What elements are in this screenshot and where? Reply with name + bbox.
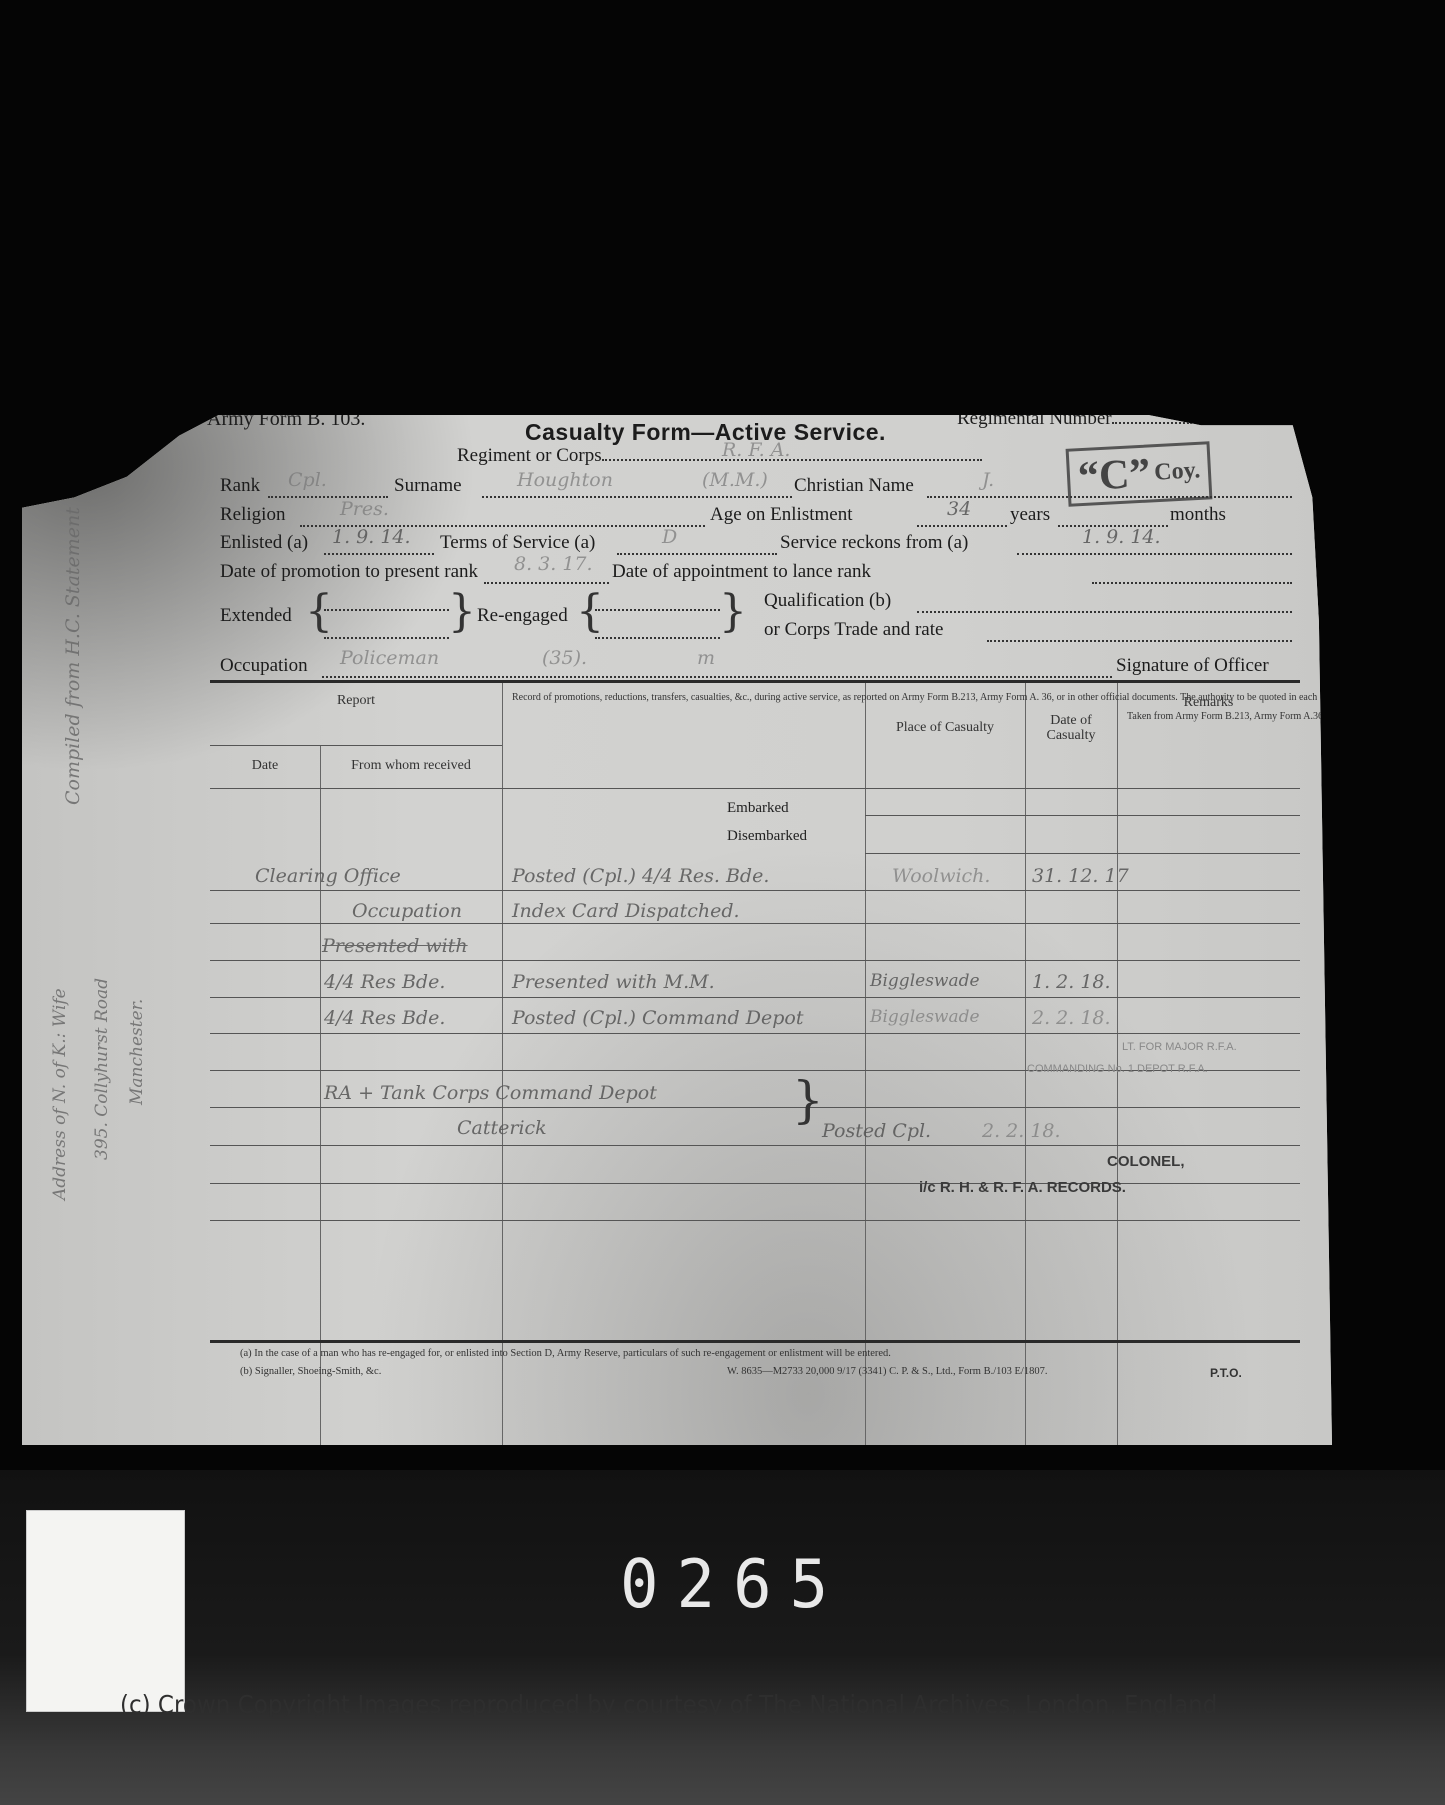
lance-rank-label: Date of appointment to lance rank — [612, 561, 871, 583]
form-code: Army Form B. 103. — [207, 408, 365, 431]
row-rule — [210, 1107, 1300, 1108]
frame-number: 0265 — [620, 1546, 820, 1624]
re-engaged-right-brace: } — [719, 590, 747, 634]
occupation-label: Occupation — [220, 655, 308, 677]
row2-from: Occupation — [352, 900, 462, 922]
blank-film-card — [26, 1510, 185, 1712]
report-subheader-rule — [210, 745, 502, 746]
disembarked-label: Disembarked — [727, 828, 807, 845]
col-divider-from — [502, 683, 503, 1545]
margin-note-address-3: Manchester. — [127, 999, 147, 1105]
col-divider-record — [865, 683, 866, 1545]
age-value: 34 — [947, 498, 971, 520]
service-reckons-label: Service reckons from (a) — [780, 532, 968, 554]
form-title: Casualty Form—Active Service. — [525, 419, 886, 446]
from-whom-header: From whom received — [320, 758, 502, 773]
regiment-field: Regiment or Corps — [457, 445, 982, 467]
footnote-a: (a) In the case of a man who has re-enga… — [240, 1348, 891, 1359]
table-header-rule — [210, 788, 1300, 789]
place-of-casualty-header: Place of Casualty — [865, 720, 1025, 735]
report-header: Report — [210, 693, 502, 708]
regiment-label: Regiment or Corps — [457, 445, 602, 466]
casualty-form-document: Army Form B. 103. Regimental Number Casu… — [22, 415, 1332, 1445]
row-rule — [210, 1033, 1300, 1034]
row-rule — [210, 890, 1300, 891]
row4-date-casualty: 1. 2. 18. — [1032, 971, 1111, 993]
remarks-subheader: Taken from Army Form B.213, Army Form A.… — [1127, 712, 1292, 723]
film-strip-footer — [0, 1470, 1445, 1805]
regiment-value: R. F. A. — [722, 439, 790, 461]
row5-from: 4/4 Res Bde. — [324, 1007, 445, 1029]
row-rule — [210, 1145, 1300, 1146]
col-divider-place — [1025, 683, 1026, 1545]
records-stamp-colonel: COLONEL, — [1107, 1153, 1185, 1170]
printer-code: W. 8635—M2733 20,000 9/17 (3341) C. P. &… — [727, 1366, 1047, 1377]
re-engaged-label: Re-engaged — [477, 605, 568, 627]
row8-date-casualty: 2. 2. 18. — [982, 1120, 1061, 1142]
row8-record: Posted Cpl. — [822, 1120, 931, 1142]
row1-record: Posted (Cpl.) 4/4 Res. Bde. — [512, 865, 769, 887]
religion-label: Religion — [220, 504, 285, 526]
enlisted-value: 1. 9. 14. — [332, 526, 411, 548]
row1-place: Woolwich. — [892, 865, 990, 887]
extended-right-brace: } — [448, 590, 476, 634]
record-header: Record of promotions, reductions, transf… — [512, 693, 857, 704]
pto-label: P.T.O. — [1210, 1366, 1242, 1380]
header-rule — [210, 680, 1300, 683]
years-label: years — [1010, 504, 1050, 526]
col-divider-date-casualty — [1117, 683, 1118, 1545]
regimental-number-label: Regimental Number — [957, 408, 1112, 429]
row4-place: Biggleswade — [870, 971, 980, 991]
depot-brace: } — [792, 1075, 824, 1125]
margin-note-address-2: 395. Collyhurst Road — [92, 978, 112, 1160]
margin-note-address-1: Address of N. of K.: Wife — [50, 988, 70, 1200]
religion-value: Pres. — [340, 498, 389, 520]
row1-date-casualty: 31. 12. 17 — [1032, 865, 1129, 887]
qualification-label: Qualification (b) — [764, 590, 891, 612]
service-reckons-value: 1. 9. 14. — [1082, 526, 1161, 548]
regimental-number-field: Regimental Number — [957, 408, 1192, 430]
row-rule — [210, 1183, 1300, 1184]
row5-date-casualty: 2. 2. 18. — [1032, 1007, 1111, 1029]
enlisted-label: Enlisted (a) — [220, 532, 308, 554]
rank-label: Rank — [220, 475, 260, 497]
row-rule — [210, 923, 1300, 924]
signature-of-officer-label: Signature of Officer — [1116, 655, 1269, 677]
terms-value: D — [662, 526, 677, 548]
row-rule — [210, 1220, 1300, 1221]
promotion-label: Date of promotion to present rank — [220, 561, 478, 583]
occupation-value: Policeman — [340, 647, 439, 669]
promotion-value: 8. 3. 17. — [514, 553, 593, 575]
surname-value: Houghton — [517, 469, 613, 491]
footer-rule — [210, 1340, 1300, 1343]
row8-from: Catterick — [457, 1117, 547, 1139]
row-rule — [865, 853, 1300, 854]
embarked-label: Embarked — [727, 800, 789, 817]
age-label: Age on Enlistment — [710, 504, 852, 526]
occupation-age-note: (35). — [542, 647, 587, 669]
officer-stamp-line2: COMMANDING No. 1 DEPOT R.F.A. — [1027, 1063, 1208, 1075]
row5-record: Posted (Cpl.) Command Depot — [512, 1007, 803, 1029]
rank-value: Cpl. — [288, 469, 327, 491]
row4-record: Presented with M.M. — [512, 971, 715, 993]
copyright-notice: (c) Crown Copyright Images reproduced by… — [120, 1690, 1252, 1719]
row-rule — [210, 997, 1300, 998]
row7-from: RA + Tank Corps Command Depot — [324, 1082, 657, 1104]
row-rule — [865, 815, 1300, 816]
corps-trade-label: or Corps Trade and rate — [764, 619, 943, 641]
row1-from: Clearing Office — [255, 865, 401, 887]
records-stamp-office: i/c R. H. & R. F. A. RECORDS. — [919, 1179, 1126, 1196]
date-of-casualty-header: Date of Casualty — [1025, 713, 1117, 744]
occupation-mark: m — [697, 647, 715, 669]
remarks-header: Remarks — [1117, 695, 1300, 710]
footnote-b: (b) Signaller, Shoeing-Smith, &c. — [240, 1366, 381, 1377]
row5-place: Biggleswade — [870, 1007, 980, 1027]
row3-from: Presented with — [322, 935, 468, 957]
date-header: Date — [210, 758, 320, 773]
row2-record: Index Card Dispatched. — [512, 900, 740, 922]
christian-name-value: J. — [982, 469, 994, 491]
row-rule — [210, 960, 1300, 961]
officer-stamp-line1: LT. FOR MAJOR R.F.A. — [1122, 1041, 1237, 1053]
months-label: months — [1170, 504, 1226, 526]
extended-label: Extended — [220, 605, 292, 627]
row4-from: 4/4 Res Bde. — [324, 971, 445, 993]
margin-note-compiled: Compiled from H.C. Statement — [62, 507, 84, 805]
surname-note: (M.M.) — [702, 469, 768, 491]
christian-name-label: Christian Name — [794, 475, 914, 497]
terms-label: Terms of Service (a) — [440, 532, 595, 554]
surname-label: Surname — [394, 475, 462, 497]
